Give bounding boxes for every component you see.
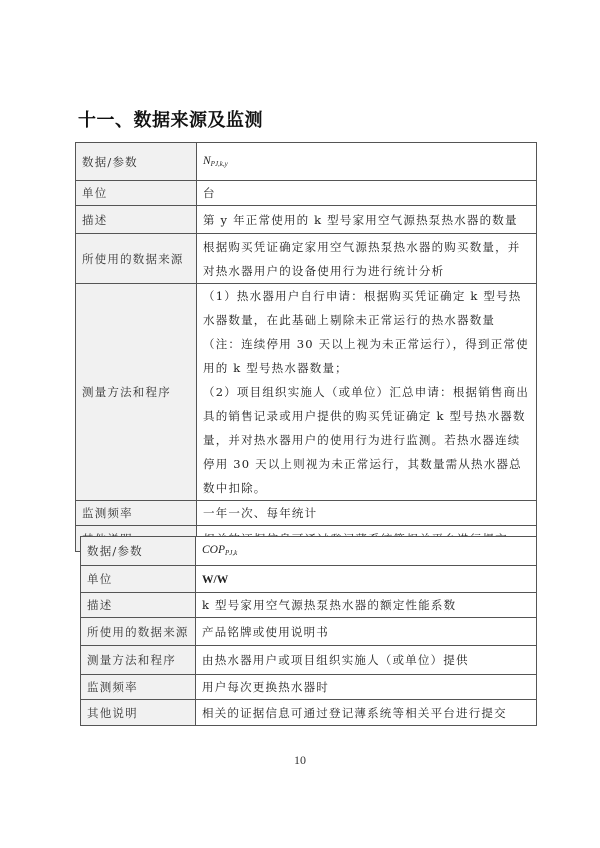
table-row: 数据/参数 COPPJ,k — [81, 537, 537, 566]
row-value: 一年一次、每年统计 — [197, 501, 537, 526]
table-row: 数据/参数 NPJ,k,y — [76, 143, 537, 181]
table-row: 单位 台 — [76, 181, 537, 206]
row-value: 用户每次更换热水器时 — [196, 675, 537, 700]
row-label: 监测频率 — [81, 675, 196, 700]
section-title: 十一、数据来源及监测 — [78, 106, 263, 132]
row-value: W/W — [196, 566, 537, 593]
row-label: 监测频率 — [76, 501, 197, 526]
table-row: 描述 k 型号家用空气源热泵热水器的额定性能系数 — [81, 593, 537, 618]
table-row: 所使用的数据来源 根据购买凭证确定家用空气源热泵热水器的购买数量，并对热水器用户… — [76, 234, 537, 284]
table-row: 测量方法和程序 由热水器用户或项目组织实施人（或单位）提供 — [81, 646, 537, 675]
row-label: 其他说明 — [81, 700, 196, 726]
row-label: 测量方法和程序 — [76, 284, 197, 501]
table-row: 监测频率 用户每次更换热水器时 — [81, 675, 537, 700]
parameter-symbol: NPJ,k,y — [197, 143, 537, 181]
parameter-table-cop-pj-k: 数据/参数 COPPJ,k 单位 W/W 描述 k 型号家用空气源热泵热水器的额… — [80, 536, 537, 726]
table-row: 测量方法和程序 （1）热水器用户自行申请：根据购买凭证确定 k 型号热水器数量，… — [76, 284, 537, 501]
row-value: 根据购买凭证确定家用空气源热泵热水器的购买数量，并对热水器用户的设备使用行为进行… — [197, 234, 537, 284]
row-value: 产品铭牌或使用说明书 — [196, 618, 537, 646]
table-row: 监测频率 一年一次、每年统计 — [76, 501, 537, 526]
row-label: 单位 — [81, 566, 196, 593]
row-value-paragraphs: （1）热水器用户自行申请：根据购买凭证确定 k 型号热水器数量，在此基础上剔除未… — [197, 284, 537, 501]
row-value: k 型号家用空气源热泵热水器的额定性能系数 — [196, 593, 537, 618]
row-label: 数据/参数 — [76, 143, 197, 181]
row-label: 测量方法和程序 — [81, 646, 196, 675]
row-value: 台 — [197, 181, 537, 206]
row-label: 数据/参数 — [81, 537, 196, 566]
row-label: 所使用的数据来源 — [76, 234, 197, 284]
row-label: 描述 — [81, 593, 196, 618]
row-label: 所使用的数据来源 — [81, 618, 196, 646]
parameter-table-n-pj-k-y: 数据/参数 NPJ,k,y 单位 台 描述 第 y 年正常使用的 k 型号家用空… — [75, 142, 537, 552]
table-row: 描述 第 y 年正常使用的 k 型号家用空气源热泵热水器的数量 — [76, 206, 537, 234]
table-row: 所使用的数据来源 产品铭牌或使用说明书 — [81, 618, 537, 646]
parameter-symbol: COPPJ,k — [196, 537, 537, 566]
row-label: 单位 — [76, 181, 197, 206]
row-value: 由热水器用户或项目组织实施人（或单位）提供 — [196, 646, 537, 675]
row-label: 描述 — [76, 206, 197, 234]
row-value: 相关的证据信息可通过登记薄系统等相关平台进行提交 — [196, 700, 537, 726]
paragraph: （1）热水器用户自行申请：根据购买凭证确定 k 型号热水器数量，在此基础上剔除未… — [203, 284, 530, 380]
table-row: 单位 W/W — [81, 566, 537, 593]
paragraph: （2）项目组织实施人（或单位）汇总申请：根据销售商出具的销售记录或用户提供的购买… — [203, 380, 530, 500]
row-value: 第 y 年正常使用的 k 型号家用空气源热泵热水器的数量 — [197, 206, 537, 234]
table-row: 其他说明 相关的证据信息可通过登记薄系统等相关平台进行提交 — [81, 700, 537, 726]
page-number: 10 — [0, 753, 600, 768]
